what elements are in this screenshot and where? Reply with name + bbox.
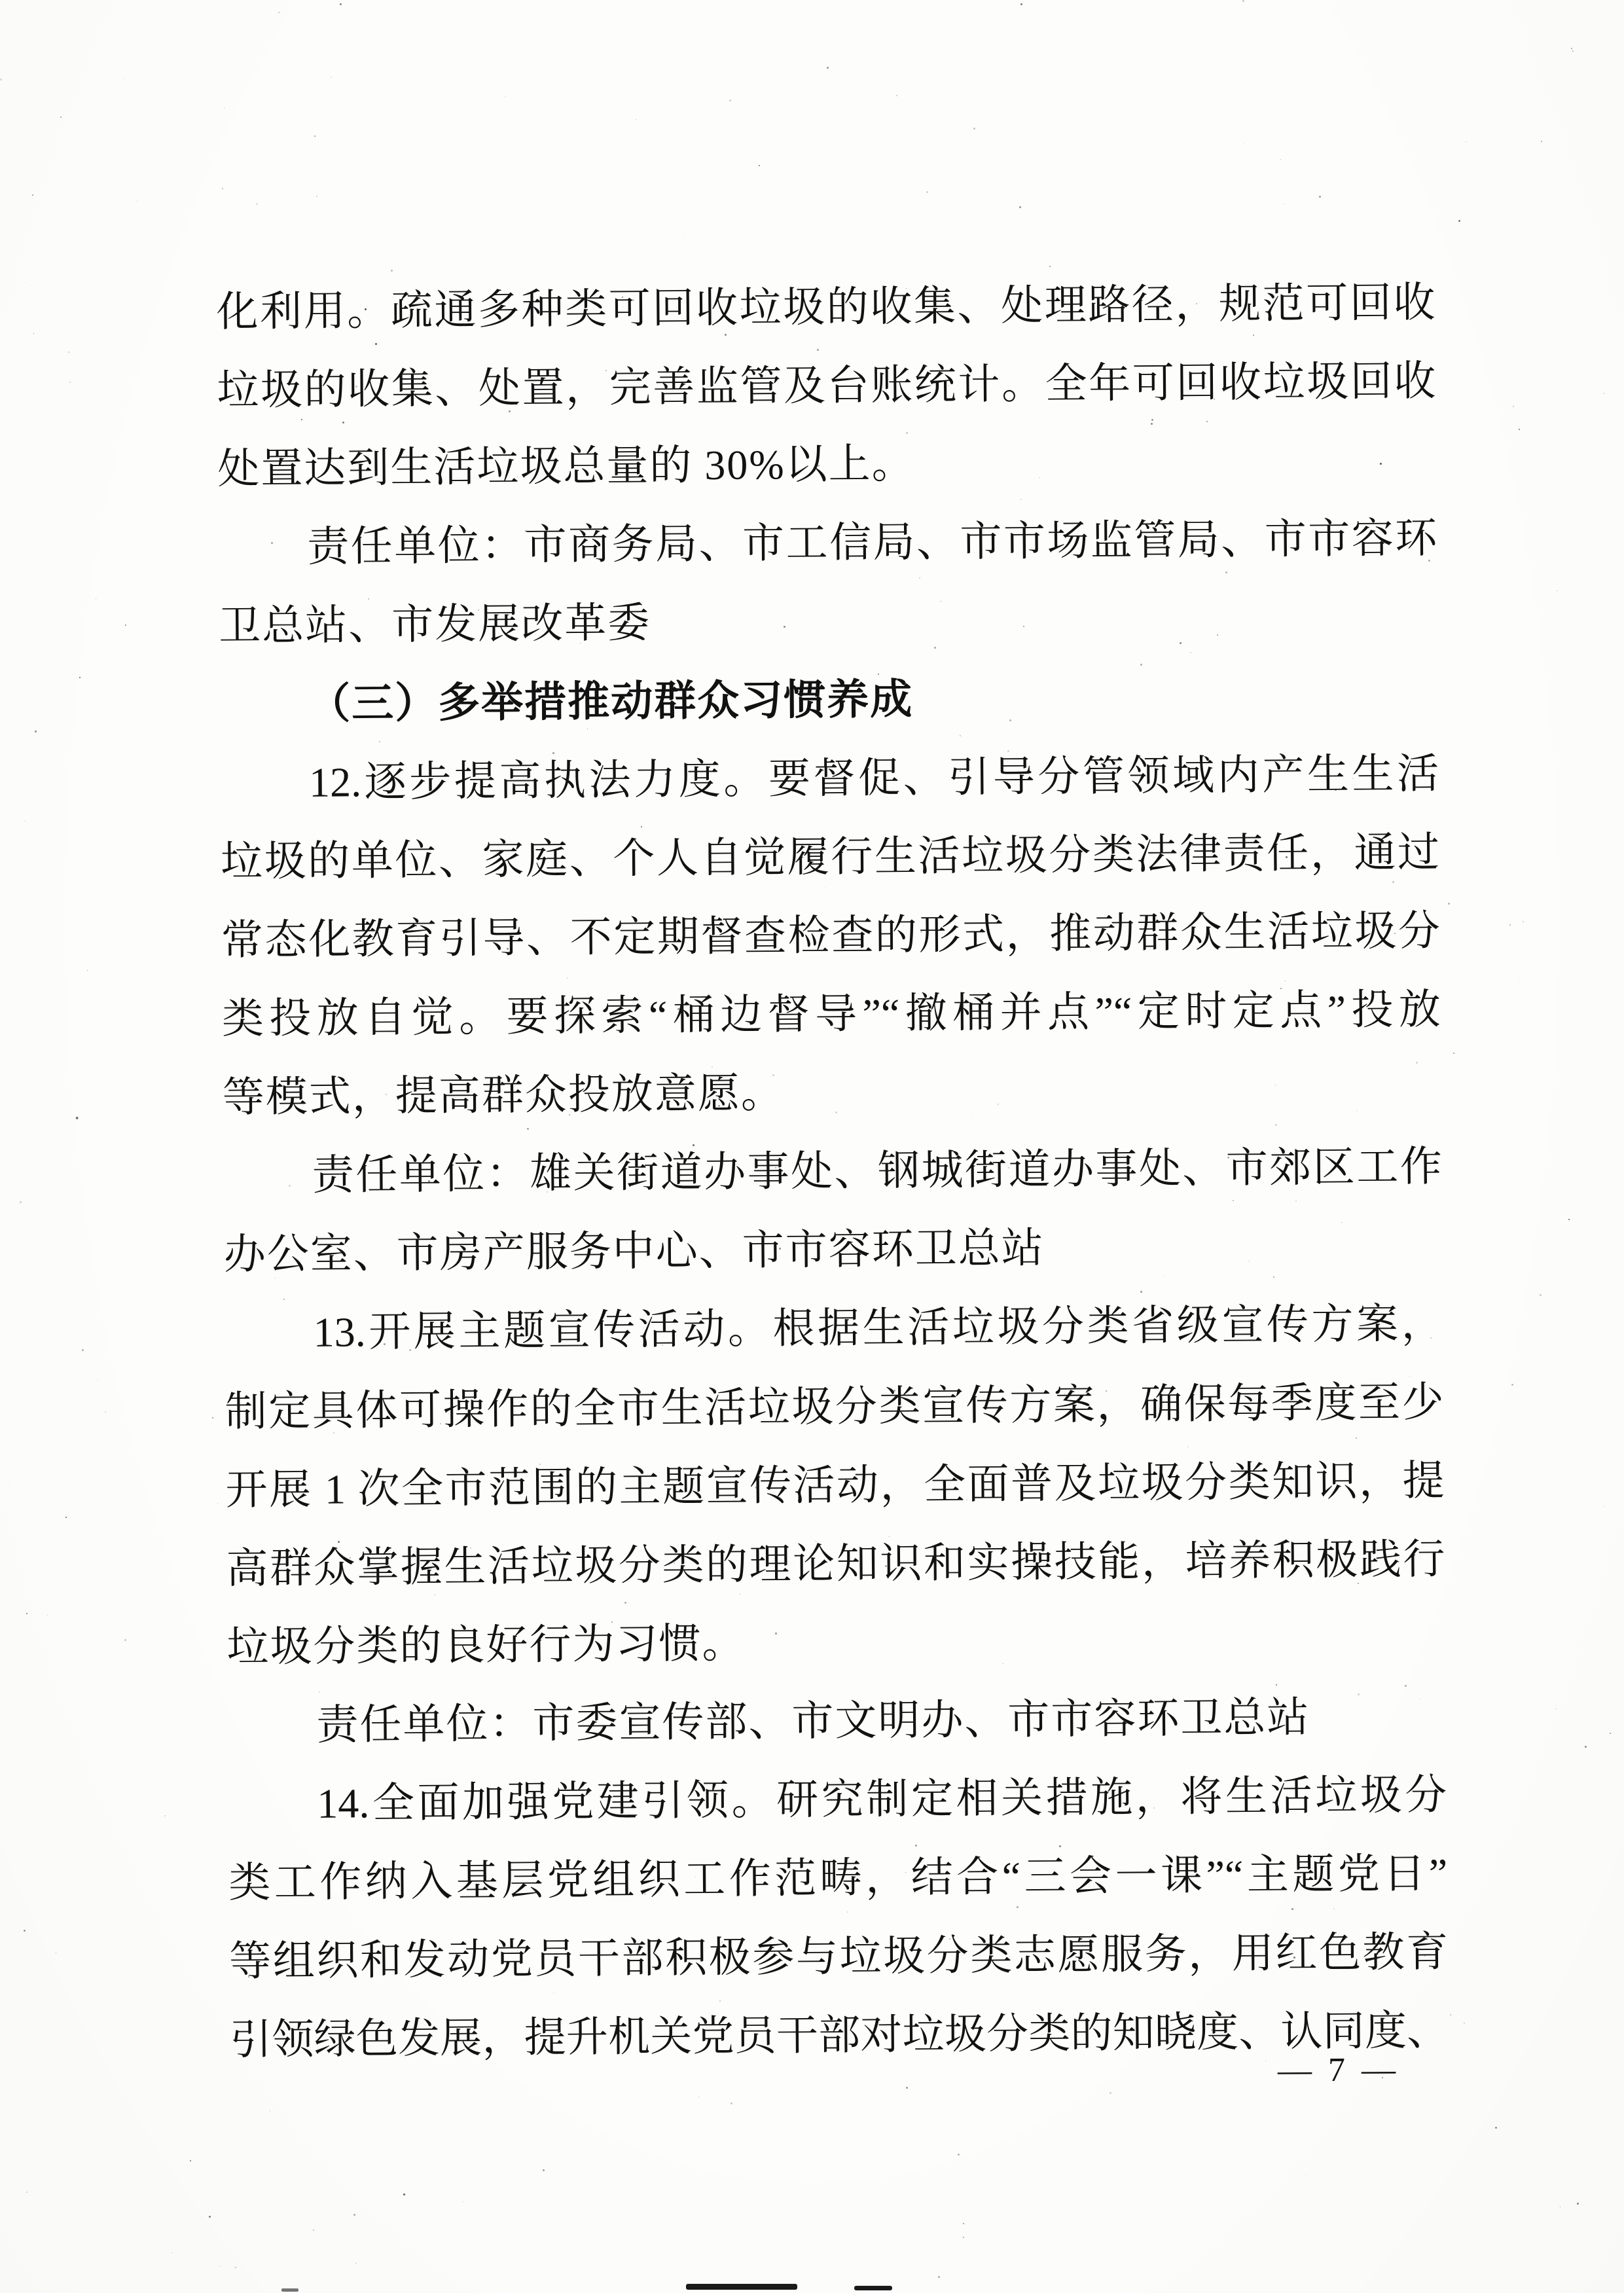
scan-noise-speck — [123, 78, 124, 79]
scan-noise-speck — [1280, 159, 1281, 160]
scan-noise-speck — [137, 201, 137, 202]
scan-noise-speck — [543, 2169, 545, 2171]
text-line: 高群众掌握生活垃圾分类的理论知识和实操技能，培养积极践行 — [226, 1520, 1445, 1608]
scan-noise-speck — [926, 191, 928, 193]
scanned-document-page: 化利用。疏通多种类可回收垃圾的收集、处理路径，规范可回收垃圾的收集、处置，完善监… — [0, 0, 1624, 2293]
scan-noise-speck — [222, 188, 223, 189]
scan-edge-artifact — [686, 2284, 797, 2290]
scan-noise-speck — [331, 77, 332, 78]
scan-noise-speck — [906, 2087, 908, 2089]
scan-noise-speck — [1577, 2203, 1579, 2205]
text-line: 类工作纳入基层党组织工作范畴，结合“三会一课”“主题党日” — [228, 1834, 1448, 1923]
scan-noise-speck — [1511, 1384, 1513, 1386]
text-line: 垃圾的单位、家庭、个人自觉履行生活垃圾分类法律责任，通过 — [221, 813, 1440, 901]
text-line: 垃圾分类的良好行为习惯。 — [226, 1598, 1446, 1687]
scan-noise-speck — [314, 135, 316, 137]
scan-noise-speck — [1568, 1219, 1570, 1220]
scan-noise-speck — [463, 2201, 463, 2202]
scan-noise-speck — [963, 2223, 964, 2224]
scan-smudge: · — [73, 1106, 90, 1132]
scan-noise-speck — [403, 2194, 405, 2195]
scan-noise-speck — [963, 2237, 964, 2238]
scan-noise-speck — [25, 821, 26, 822]
scan-noise-speck — [278, 12, 280, 13]
scan-noise-speck — [1305, 2175, 1306, 2175]
scan-noise-speck — [68, 352, 69, 353]
scan-noise-speck — [20, 1201, 22, 1203]
text-line: 类投放自觉。要探索“桶边督导”“撤桶并点”“定时定点”投放 — [221, 970, 1441, 1058]
scan-noise-speck — [0, 79, 2, 81]
scan-noise-speck — [1572, 50, 1574, 52]
text-line: （三）多举措推动群众习惯养成 — [219, 656, 1439, 744]
scan-noise-speck — [1495, 2127, 1497, 2129]
scan-noise-speck — [124, 1639, 126, 1641]
scan-noise-speck — [171, 2252, 172, 2253]
scan-noise-speck — [1540, 1294, 1542, 1296]
scan-noise-speck — [1110, 2092, 1111, 2094]
scan-noise-speck — [1590, 1957, 1591, 1957]
scan-noise-speck — [1560, 2207, 1561, 2207]
text-line: 办公室、市房产服务中心、市市容环卫总站 — [223, 1206, 1443, 1294]
scan-noise-speck — [190, 2160, 191, 2161]
text-line: 开展 1 次全市范围的主题宣传活动，全面普及垃圾分类知识，提 — [225, 1441, 1445, 1530]
scan-noise-speck — [26, 2192, 27, 2193]
scan-noise-speck — [505, 96, 505, 97]
scan-noise-speck — [30, 285, 31, 285]
text-line: 等组织和发动党员干部积极参与垃圾分类志愿服务，用红色教育 — [229, 1913, 1449, 2001]
scan-noise-speck — [1571, 48, 1572, 49]
scan-noise-speck — [32, 194, 33, 196]
text-line: 14.全面加强党建引领。研究制定相关措施，将生活垃圾分 — [228, 1756, 1447, 1844]
scan-noise-speck — [217, 1503, 218, 1504]
scan-noise-speck — [212, 1417, 213, 1418]
scan-noise-speck — [235, 2267, 236, 2268]
scan-noise-speck — [219, 2266, 220, 2267]
scan-noise-speck — [97, 1380, 98, 1381]
scan-noise-speck — [35, 731, 37, 732]
text-line: 责任单位：市商务局、市工信局、市市场监管局、市市容环 — [218, 499, 1437, 587]
text-line: 12.逐步提高执法力度。要督促、引导分管领域内产生生活 — [220, 734, 1439, 823]
scan-noise-speck — [1019, 206, 1021, 208]
scan-noise-speck — [1242, 0, 1244, 2]
scan-noise-speck — [973, 128, 975, 130]
scan-edge-artifact — [854, 2286, 892, 2290]
scan-noise-speck — [636, 119, 636, 120]
scan-noise-speck — [353, 2214, 355, 2216]
scan-noise-speck — [729, 99, 731, 101]
scan-noise-speck — [24, 1930, 26, 1932]
scan-noise-speck — [224, 108, 225, 109]
scan-noise-speck — [65, 1517, 67, 1518]
page-number: — 7 — — [1260, 2047, 1417, 2094]
scan-noise-speck — [685, 234, 685, 234]
scan-noise-speck — [1610, 1733, 1611, 1734]
document-body: 化利用。疏通多种类可回收垃圾的收集、处理路径，规范可回收垃圾的收集、处置，完善监… — [216, 263, 1449, 2080]
scan-noise-speck — [96, 598, 96, 599]
scan-noise-speck — [731, 2103, 732, 2104]
scan-noise-speck — [105, 1411, 106, 1413]
scan-noise-speck — [1485, 1188, 1485, 1189]
scan-noise-speck — [6, 337, 7, 338]
text-line: 常态化教育引导、不定期督查检查的形式，推动群众生活垃圾分 — [221, 892, 1441, 980]
scan-noise-speck — [1450, 2014, 1451, 2015]
scan-noise-speck — [33, 333, 34, 334]
scan-noise-speck — [1519, 429, 1520, 430]
scan-noise-speck — [1319, 196, 1321, 198]
scan-noise-speck — [1509, 924, 1511, 926]
scan-noise-speck — [270, 2110, 270, 2111]
scan-noise-speck — [896, 95, 897, 96]
scan-noise-speck — [125, 624, 126, 626]
scan-noise-speck — [827, 67, 829, 69]
text-line: 卫总站、市发展改革委 — [219, 577, 1438, 666]
scan-noise-speck — [256, 203, 258, 205]
scan-noise-speck — [759, 165, 760, 166]
scan-noise-speck — [1557, 590, 1557, 591]
scan-noise-speck — [1541, 141, 1542, 142]
scan-noise-speck — [938, 2276, 940, 2278]
scan-noise-speck — [69, 382, 71, 383]
text-line: 等模式，提高群众投放意愿。 — [222, 1049, 1441, 1137]
scan-noise-speck — [82, 1349, 84, 1351]
scan-noise-speck — [1604, 1506, 1605, 1507]
text-line: 制定具体可操作的全市生活垃圾分类宣传方案，确保每季度至少 — [225, 1363, 1444, 1451]
scan-noise-speck — [355, 2263, 356, 2264]
scan-noise-speck — [1585, 1746, 1587, 1748]
scan-noise-speck — [1448, 903, 1450, 905]
scan-noise-speck — [313, 2230, 314, 2231]
scan-noise-speck — [60, 117, 62, 118]
scan-noise-speck — [87, 970, 88, 971]
scan-noise-speck — [209, 2216, 211, 2218]
text-line: 责任单位：市委宣传部、市文明办、市市容环卫总站 — [227, 1677, 1447, 1765]
scan-noise-speck — [56, 1953, 56, 1953]
scan-noise-speck — [698, 2097, 699, 2097]
scan-noise-speck — [1458, 220, 1460, 222]
scan-noise-speck — [26, 1613, 27, 1614]
text-line: 化利用。疏通多种类可回收垃圾的收集、处理路径，规范可回收 — [216, 263, 1435, 352]
scan-noise-speck — [1244, 143, 1244, 144]
scan-noise-speck — [47, 1615, 48, 1616]
scan-noise-speck — [1603, 393, 1604, 394]
scan-noise-speck — [958, 2154, 960, 2156]
scan-noise-speck — [1556, 1708, 1557, 1709]
text-line: 垃圾的收集、处置，完善监管及台账统计。全年可回收垃圾回收 — [217, 342, 1436, 430]
scan-noise-speck — [164, 1815, 166, 1816]
text-line: 13.开展主题宣传活动。根据生活垃圾分类省级宣传方案， — [224, 1284, 1443, 1373]
scan-noise-speck — [316, 196, 317, 197]
text-line: 处置达到生活垃圾总量的 30%以上。 — [217, 420, 1437, 509]
scan-noise-speck — [1464, 2023, 1465, 2024]
scan-noise-speck — [1020, 3, 1022, 5]
scan-edge-artifact — [281, 2288, 298, 2292]
scan-noise-speck — [1523, 921, 1524, 922]
scan-noise-speck — [1453, 1053, 1454, 1054]
scan-noise-speck — [1284, 204, 1284, 204]
text-line: 责任单位：雄关街道办事处、钢城街道办事处、市郊区工作 — [223, 1127, 1442, 1216]
scan-noise-speck — [1466, 141, 1466, 142]
scan-noise-speck — [79, 677, 81, 678]
scan-noise-speck — [1519, 982, 1520, 983]
scan-noise-speck — [1513, 406, 1514, 407]
scan-noise-speck — [340, 3, 342, 5]
